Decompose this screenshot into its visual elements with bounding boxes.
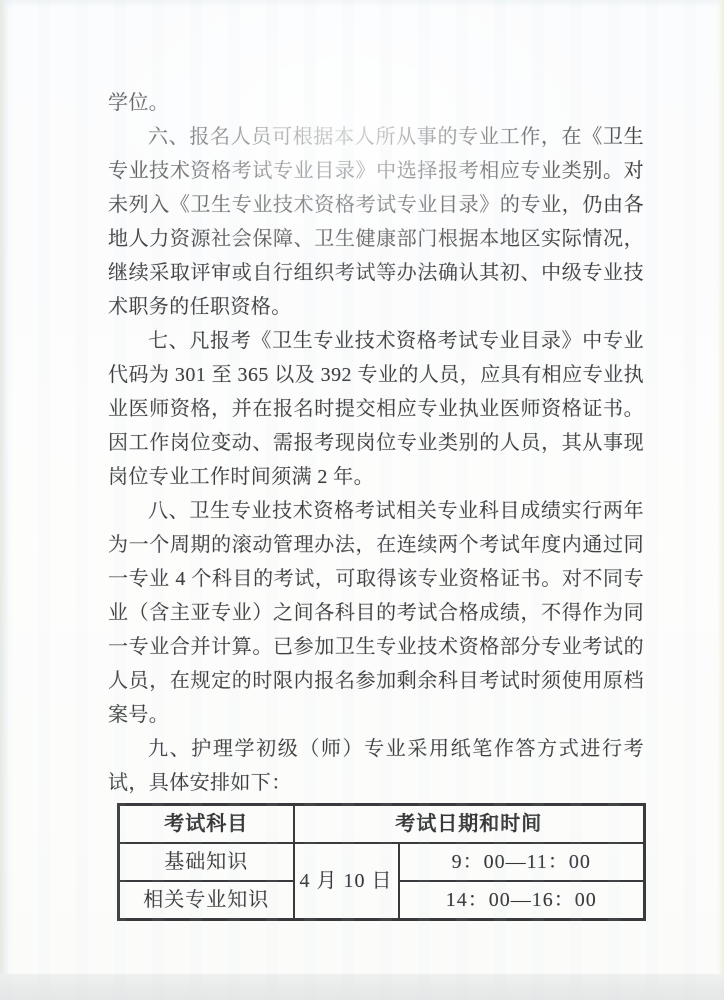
scan-bottom-band bbox=[0, 974, 724, 1000]
table-cell-exam-date: 4 月 10 日 bbox=[294, 843, 399, 920]
scan-edge-left bbox=[0, 0, 9, 1000]
table-cell-time-morning: 9：00—11：00 bbox=[399, 843, 645, 881]
table-row: 基础知识 4 月 10 日 9：00—11：00 bbox=[119, 843, 645, 881]
paragraph-item-6: 六、报名人员可根据本人所从事的专业工作，在《卫生专业技术资格考试专业目录》中选择… bbox=[108, 120, 644, 324]
paragraph-item-8: 八、卫生专业技术资格考试相关专业科目成绩实行两年为一个周期的滚动管理办法，在连续… bbox=[108, 494, 644, 732]
table-header-exam-datetime: 考试日期和时间 bbox=[294, 805, 645, 844]
scan-edge-top bbox=[0, 0, 724, 8]
table-cell-subject-related-professional: 相关专业知识 bbox=[119, 881, 294, 920]
table-cell-subject-basic-knowledge: 基础知识 bbox=[119, 843, 294, 881]
table-header-row: 考试科目 考试日期和时间 bbox=[119, 805, 645, 844]
paragraph-continuation-degree: 学位。 bbox=[108, 86, 644, 120]
exam-schedule-table: 考试科目 考试日期和时间 基础知识 4 月 10 日 9：00—11：00 相关… bbox=[117, 803, 646, 921]
table-header-exam-subject: 考试科目 bbox=[119, 805, 294, 844]
scanned-document-page: 学位。 六、报名人员可根据本人所从事的专业工作，在《卫生专业技术资格考试专业目录… bbox=[0, 0, 724, 1000]
document-body: 学位。 六、报名人员可根据本人所从事的专业工作，在《卫生专业技术资格考试专业目录… bbox=[108, 86, 644, 921]
paragraph-item-7: 七、凡报考《卫生专业技术资格考试专业目录》中专业代码为 301 至 365 以及… bbox=[108, 324, 644, 494]
scan-edge-right bbox=[717, 0, 724, 1000]
table-cell-time-afternoon: 14：00—16：00 bbox=[399, 881, 645, 920]
paragraph-item-9: 九、护理学初级（师）专业采用纸笔作答方式进行考试，具体安排如下： bbox=[108, 732, 644, 800]
